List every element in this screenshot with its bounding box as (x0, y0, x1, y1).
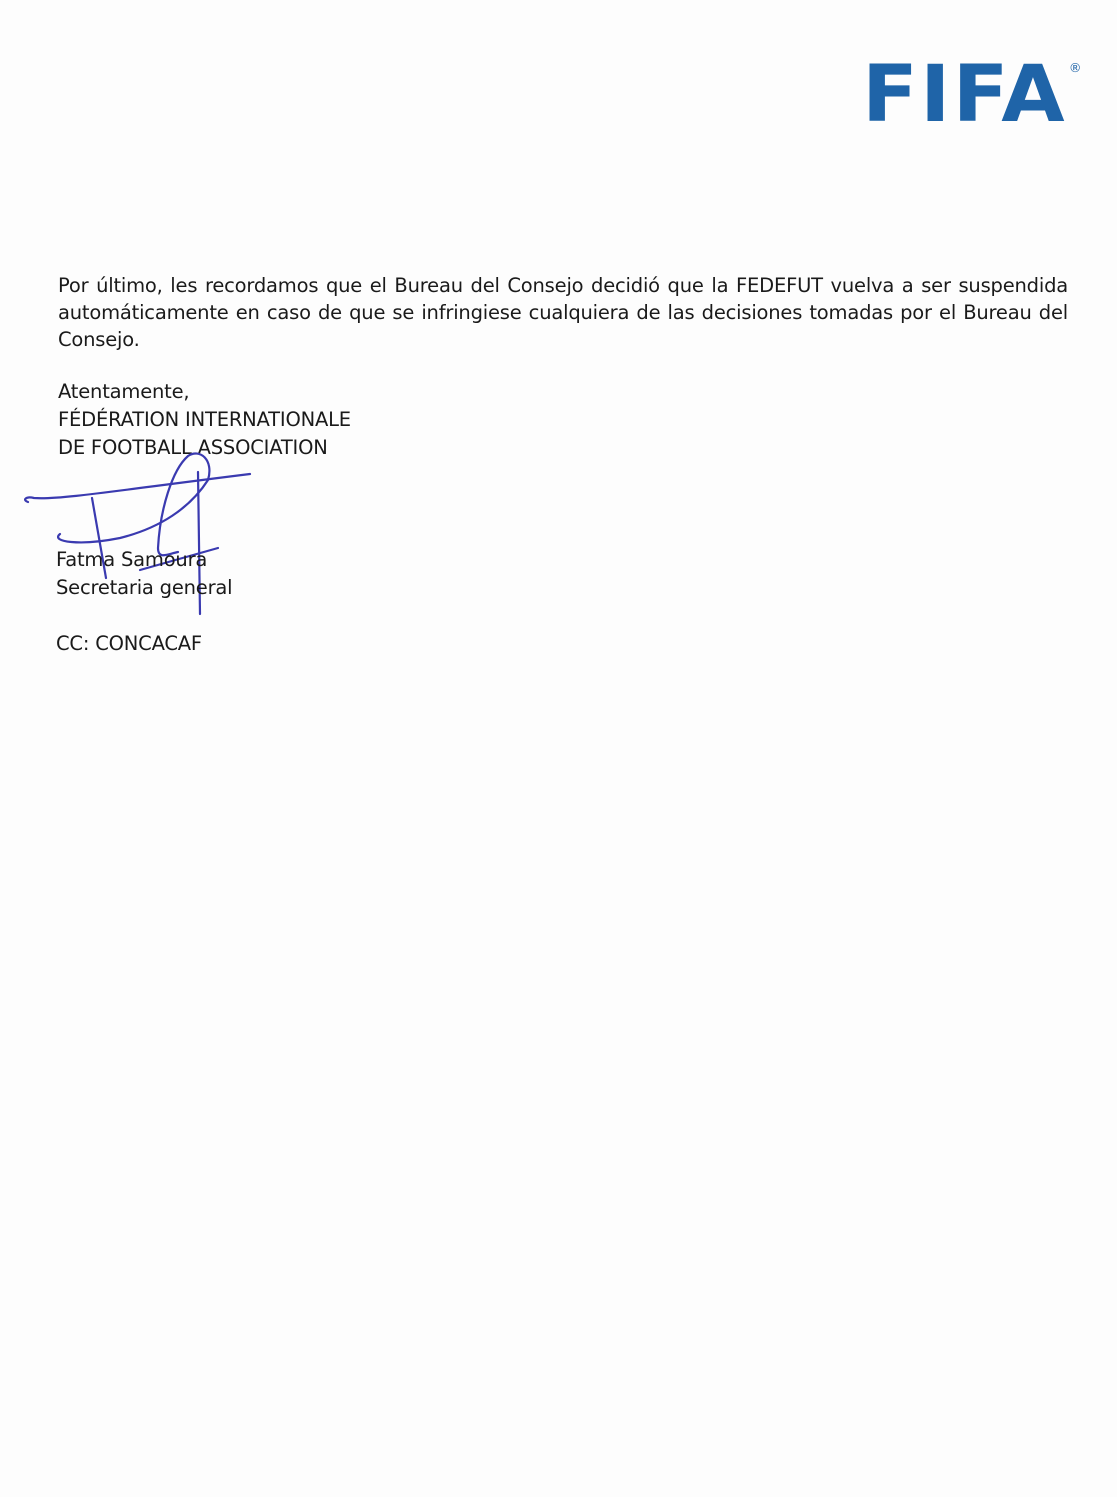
cc-line: CC: CONCACAF (56, 630, 202, 658)
signer-name: Fatma Samoura (56, 546, 232, 574)
letter-body: Por último, les recordamos que el Bureau… (58, 272, 1068, 353)
registered-mark: ® (1069, 62, 1084, 74)
signer-block: Fatma Samoura Secretaria general (56, 546, 232, 602)
closing-salutation: Atentamente, (58, 378, 351, 406)
signer-title: Secretaria general (56, 574, 232, 602)
fifa-logo: FIFA ® (862, 56, 1067, 134)
logo-text: FIFA (862, 50, 1067, 140)
